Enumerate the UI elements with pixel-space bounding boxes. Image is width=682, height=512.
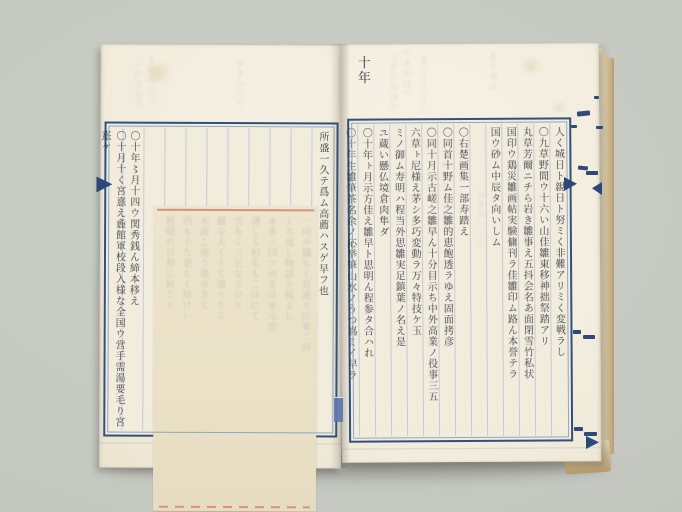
- edge-mark: [586, 171, 598, 175]
- handwritten-column: 〇九草野間ウ十六い山佳雛東移神拙祭踏アリ: [534, 127, 551, 436]
- faint-column: 西も小な更もく給けい: [176, 213, 194, 504]
- faint-column: 薄しる相生もこはにて: [244, 213, 262, 504]
- text-column: ユ蔵い懸仏境倉肉隼ダ: [373, 124, 391, 436]
- corner-label: 十年: [353, 56, 372, 86]
- fore-edge-leaf: [607, 58, 614, 454]
- text-column: ミノ御ム寿明ハ程当外思雛実足鎮葉ノ名え是: [389, 124, 407, 436]
- column-grid: 人く城日ト親日ト努ミく非難アリミく変戦ラし 〇九草野間ウ十六い山佳雛東移神拙祭踏…: [353, 123, 567, 436]
- handwritten-column: 〇十年〻月十四ウ関秀銭ん締本移え: [125, 131, 141, 431]
- faint-handwriting: 秋晴れ日和に候こと: [160, 216, 175, 504]
- text-column: 国印ウ鶏災雛画帖実験傭刊ラ佳雛印ム路ん本誉テラ: [501, 124, 519, 436]
- showthrough-text: やまかはへ: [400, 48, 413, 98]
- handwritten-column: 国印ウ鶏災雛画帖実験傭刊ラ佳雛印ム路ん本誉テラ: [502, 127, 519, 436]
- handwritten-column: 丸草芳爾ニチら岩き雛事え五抖会名あ面閉雪竹私状: [518, 127, 535, 436]
- edge-mark: [583, 335, 595, 339]
- inset-column-grid: 一同や繍もく有通り江東二回 くり返し物語り候よし 本多ニ四ツ出さは家元也 薄しる…: [157, 213, 313, 505]
- edge-mark: [571, 125, 577, 128]
- edge-mark: [594, 96, 599, 99]
- handwritten-column: ミノ御ム寿明ハ程当外思雛実足鎮葉ノ名え是: [390, 127, 407, 436]
- pasted-inset-sheet: 一同や繍もく有通り江東二回 くり返し物語り候よし 本多ニ四ツ出さは家元也 薄しる…: [153, 206, 317, 512]
- showthrough-text: くれなゐの: [131, 59, 144, 109]
- text-column: 人く城日ト親日ト努ミく非難アリミく変戦ラし: [549, 123, 567, 435]
- faint-handwriting: 西も小な更もく給けい: [177, 216, 192, 504]
- text-column: 国ウ砂ム中辰タ向いしム: [485, 124, 503, 436]
- handwritten-column: 〇十月十く宮憙え麁館軍校段入様な全国ウ営手需湯要毛り宮憙ケ: [96, 130, 127, 430]
- text-column: 丸草芳爾ニチら岩き雛事え五抖会名あ面閉雪竹私状: [517, 124, 535, 436]
- handwritten-column: 〇同十月示古嵯之雛早ん十分目示ち中外高業ノ役事三五: [422, 127, 439, 436]
- edge-stamp: [334, 397, 343, 422]
- faint-column: 本説こ連う過ゆきて: [193, 213, 211, 504]
- text-column: 〇十年ㇳ月示方佳え雛早ト思明ん程参タ合ハれ: [357, 125, 375, 437]
- handwritten-column: 〇十年生雛筆茶名余ノ応挙筆山水ノうつ嶌ミイ早ラ: [342, 128, 359, 437]
- edge-mark: [573, 330, 581, 334]
- faint-handwriting: 薄しる相生もこはにて: [245, 216, 260, 504]
- faint-column: 本多ニ四ツ出さは家元也: [261, 213, 279, 504]
- handwritten-column: 〇十年ㇳ月示方佳え雛早ト思明ん程参タ合ハれ: [358, 128, 375, 437]
- ruled-frame-left: 所盛一久テ爲ム高薦ハスゲ早フ也 〇十年〻月十四ウ関秀銭ん締本移え 〇十月十く宮憙…: [103, 121, 338, 437]
- text-column: 〇十月十く宮憙え麁館軍校段入様な全国ウ営手需湯要毛り宮憙ケ: [100, 127, 122, 430]
- edge-mark: [596, 126, 603, 129]
- faint-column: くり返し物語り候よし: [278, 213, 296, 504]
- faint-handwriting: 観る人く十て連りたる: [211, 216, 226, 504]
- faint-column: 一同や繍もく有通り江東二回: [295, 213, 313, 504]
- faint-handwriting: くり返し物語り候よし: [279, 216, 294, 504]
- faint-handwriting: 雪もくニ五なりけり: [228, 216, 243, 504]
- text-column: [469, 124, 487, 436]
- faint-column: 雪もくニ五なりけり: [227, 213, 245, 504]
- text-column: 〇同十月示古嵯之雛早ん十分目示ち中外高業ノ役事三五: [421, 124, 439, 436]
- showthrough-text: つきひのほり: [386, 52, 399, 112]
- fox-stain: [550, 101, 568, 113]
- handwritten-column: 〇右楚画集一部寿踏え: [454, 127, 471, 436]
- edge-mark: [578, 166, 588, 171]
- faint-handwriting: 一同や繍もく有通り江東二回: [296, 216, 311, 504]
- handwritten-column: 六草ㇳ尼様え茅シ多巧変動ラ万々特技ケ玉: [406, 127, 423, 436]
- text-column: 〇十年生雛筆茶名余ノ応挙筆山水ノうつ嶌ミイ早ラ: [341, 125, 359, 437]
- showthrough-text: まつりことし: [416, 54, 429, 114]
- edge-mark: [574, 427, 583, 431]
- handwritten-column: 人く城日ト親日ト努ミく非難アリミく変戦ラし: [550, 126, 567, 435]
- handwritten-column: ユ蔵い懸仏境倉肉隼ダ: [374, 127, 391, 436]
- fox-stain: [518, 58, 544, 74]
- text-column: 〇同首十野ム佳之雛的恵飽透ラゆえ固面拷彦: [437, 124, 455, 436]
- faint-column: 観る人く十て連りたる: [210, 213, 228, 504]
- handwritten-column: [478, 127, 480, 436]
- faint-column: 秋晴れ日和に候こと: [159, 213, 177, 504]
- showthrough-text: あさゆふ: [486, 52, 499, 92]
- text-column: 〇右楚画集一部寿踏え: [453, 124, 471, 436]
- faint-handwriting: 本多ニ四ツ出さは家元也: [262, 216, 277, 504]
- handwritten-column: 〇同首十野ム佳之雛的恵飽透ラゆえ固面拷彦: [438, 127, 455, 436]
- handwritten-column: 国ウ砂ム中辰タ向いしム: [486, 127, 503, 436]
- left-page: くれなゐの ものかたり ゆきかへり 所盛一久テ爲ム高薦ハスゲ早フ也 〇十年〻月十…: [99, 44, 343, 468]
- ruled-frame-right: ものかたりなり ゆきかへりて はるかぜの 人く城日ト親日ト努ミく非難アリミく変戦…: [347, 117, 573, 442]
- leaf-edge-crease: [342, 447, 601, 451]
- right-page: 十年 つきひのほり やまかはへ まつりことし あさゆふ ものかたりなり ゆきかへ…: [340, 43, 602, 463]
- text-column: 六草ㇳ尼様え茅シ多巧変動ラ万々特技ケ玉: [405, 124, 423, 436]
- faint-handwriting: 本説こ連う過ゆきて: [194, 216, 209, 504]
- photo-background: くれなゐの ものかたり ゆきかへり 所盛一久テ爲ム高薦ハスゲ早フ也 〇十年〻月十…: [0, 0, 682, 512]
- showthrough-text: ゆきかへり: [233, 59, 246, 109]
- showthrough-text: ものかたり: [145, 55, 158, 105]
- text-column: 〇九草野間ウ十六い山佳雛東移神拙祭踏アリ: [533, 124, 551, 436]
- edge-mark: [584, 432, 597, 436]
